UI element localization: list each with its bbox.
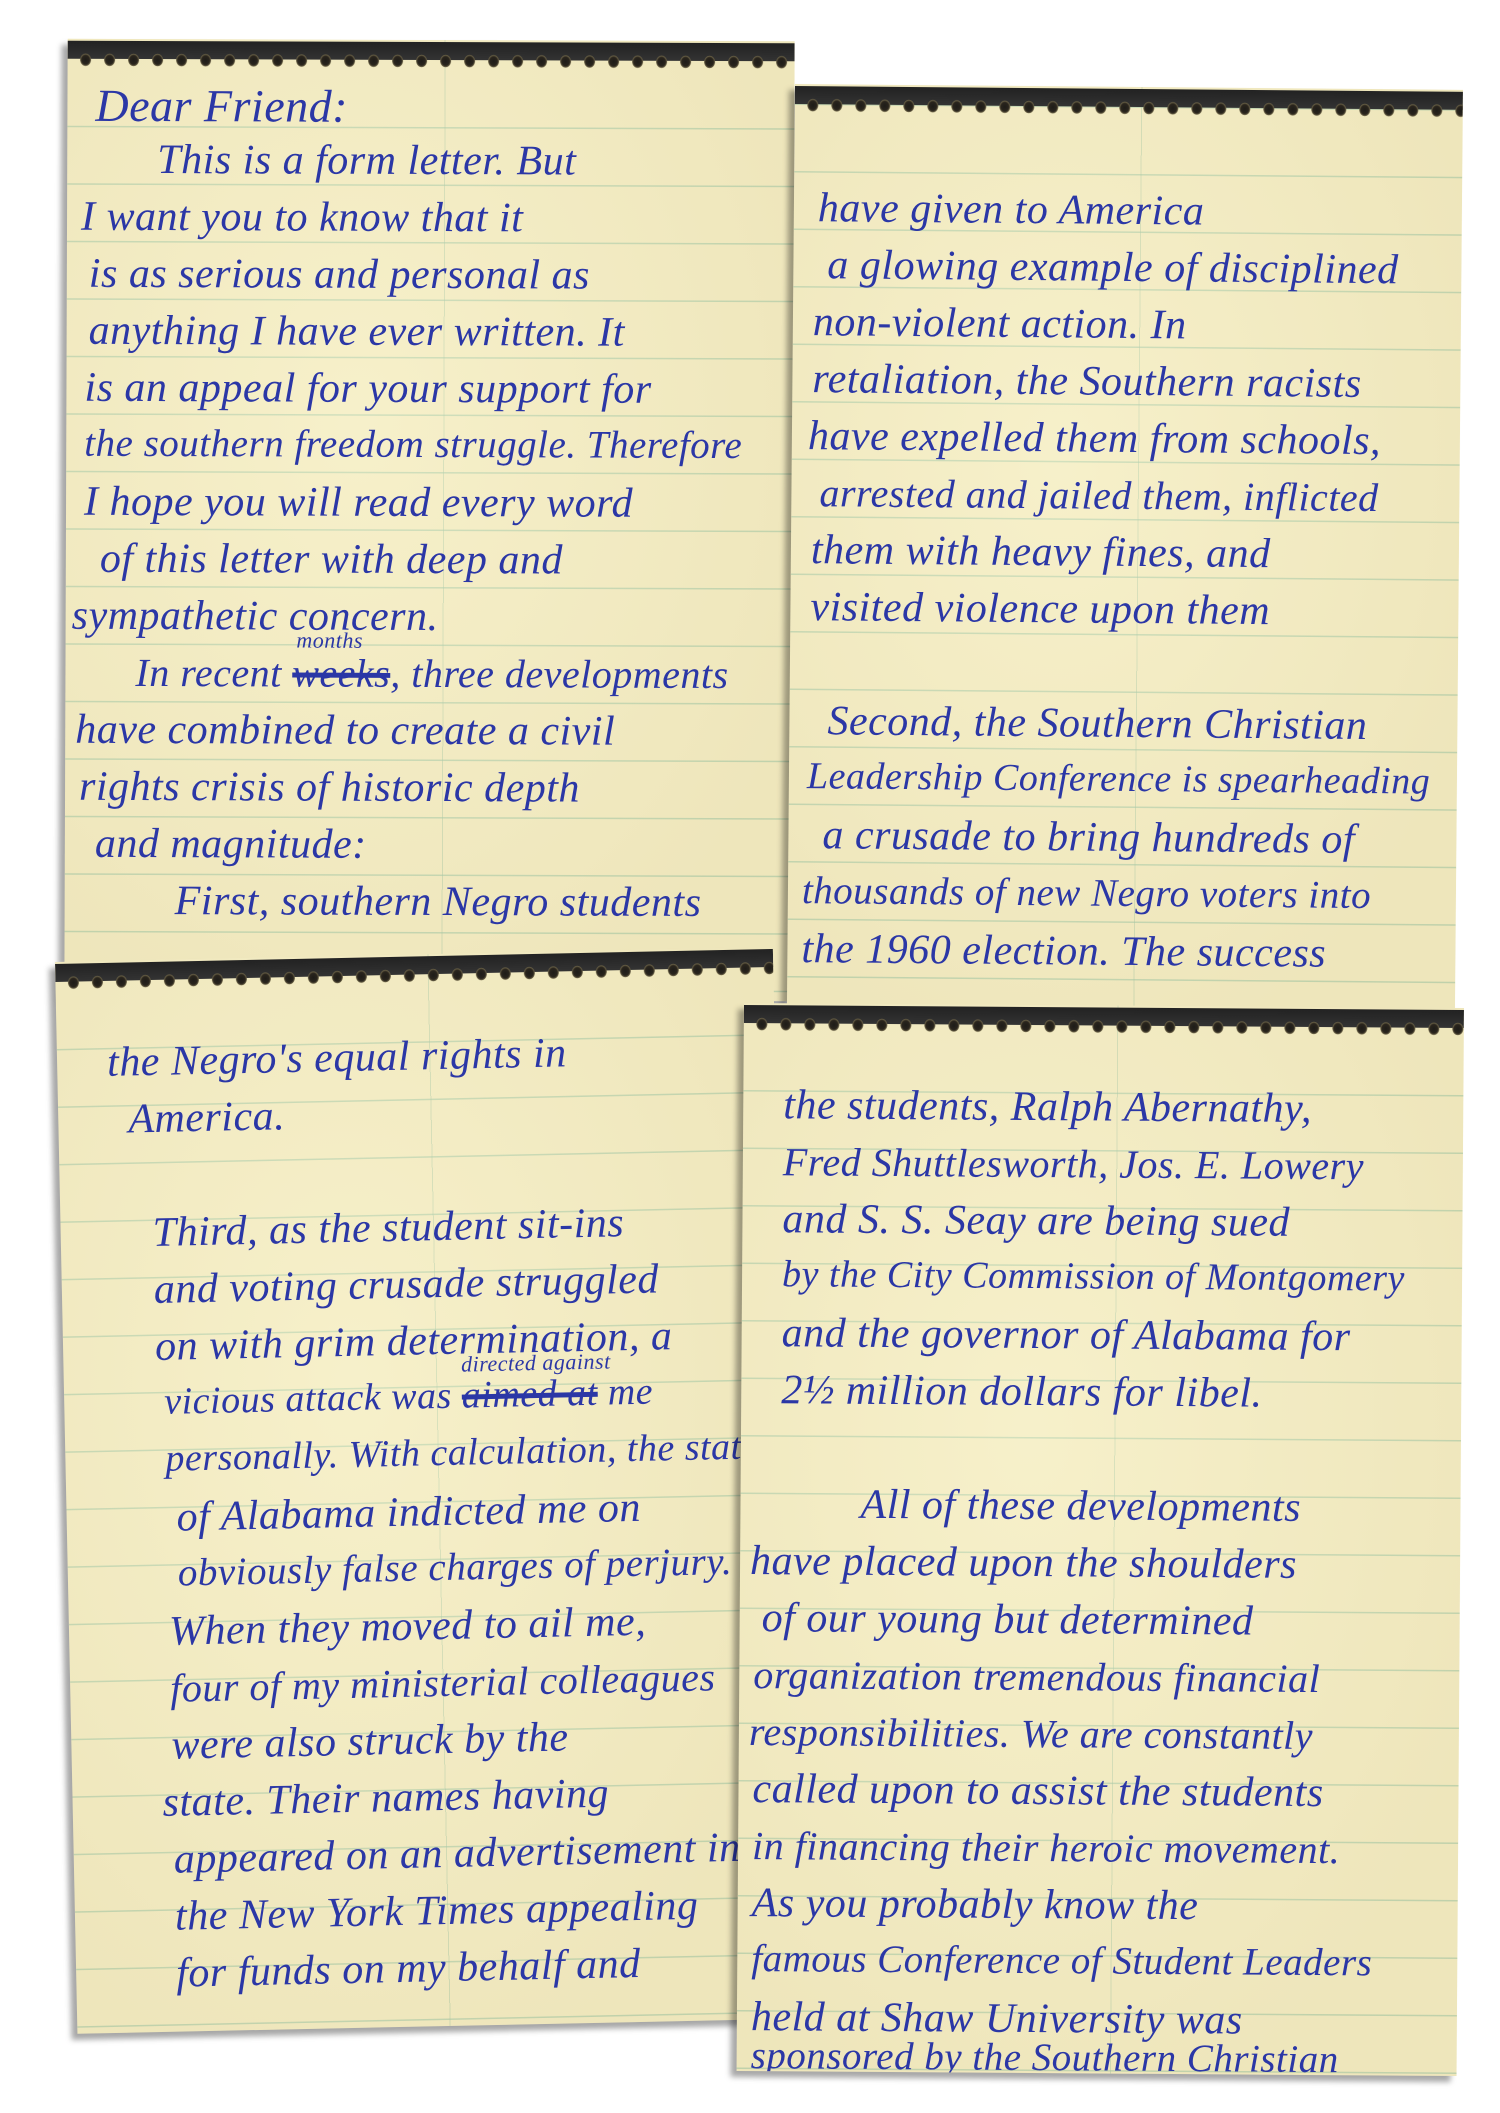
spiral-binding-icon <box>68 39 795 72</box>
text-line: famous Conference of Student Leaders <box>751 1936 1372 1985</box>
text-line: visited violence upon them <box>810 583 1270 635</box>
text-line: is as serious and personal as <box>89 250 590 300</box>
text-line: This is a form letter. But <box>157 136 576 185</box>
text-line: responsibilities. We are constantly <box>749 1708 1313 1759</box>
text-line: have expelled them from schools, <box>808 412 1382 465</box>
text-line: I hope you will read every word <box>84 478 633 528</box>
text-line: by the City Commission of Montgomery <box>782 1252 1405 1300</box>
text-line: of Alabama indicted me on <box>176 1484 641 1542</box>
text-line: Fred Shuttlesworth, Jos. E. Lowery <box>783 1138 1364 1189</box>
text-line: and S. S. Seay are being sued <box>782 1195 1290 1247</box>
text-line: four of my ministerial colleagues <box>170 1653 716 1711</box>
text-line: and voting crusade struggled <box>153 1255 659 1314</box>
text-line: America. <box>128 1092 286 1143</box>
text-line: a glowing example of disciplined <box>827 241 1399 294</box>
text-line: Second, the Southern Christian <box>827 697 1367 750</box>
text-line: 2½ million dollars for libel. <box>781 1366 1263 1417</box>
spiral-binding-icon <box>744 1003 1464 1038</box>
text-line: is an appeal for your support for <box>84 364 651 414</box>
text-line: Third, as the student sit-ins <box>152 1199 624 1257</box>
text-line: All of these developments <box>860 1481 1301 1532</box>
text-line: the students, Ralph Abernathy, <box>783 1081 1312 1133</box>
text-line: I want you to know that it <box>81 193 523 243</box>
spiral-binding-icon <box>795 84 1463 120</box>
notepad-page-3: the Negro's equal rights in America. Thi… <box>55 947 795 2034</box>
text-line: rights crisis of historic depth <box>79 763 580 813</box>
text-line: them with heavy fines, and <box>811 526 1271 578</box>
text-line: organization tremendous financial <box>753 1651 1320 1702</box>
text-line: sympathetic concern. <box>72 592 439 641</box>
text-line: of our young but determined <box>762 1594 1254 1645</box>
text-line: and magnitude: <box>95 820 367 869</box>
text-line: As you probably know the <box>752 1879 1199 1930</box>
text-line: in financing their heroic movement. <box>752 1822 1340 1873</box>
inserted-word: months <box>296 628 363 654</box>
text-line: have placed upon the shoulders <box>750 1537 1297 1589</box>
text-line: a crusade to bring hundreds of <box>822 811 1355 864</box>
text-line: the 1960 election. The success <box>801 925 1326 978</box>
text-line: the Negro's equal rights in <box>107 1029 567 1087</box>
text-line: of this letter with deep and <box>100 535 563 585</box>
text-line: for funds on my behalf and <box>176 1940 641 1998</box>
text-line: were also struck by the <box>171 1713 569 1769</box>
text-line: obviously false charges of perjury. <box>177 1539 732 1596</box>
text-line: non-violent action. In <box>813 298 1187 349</box>
notepad-page-2: have given to America a glowing example … <box>787 84 1463 1020</box>
text-line: called upon to assist the students <box>752 1765 1323 1817</box>
salutation: Dear Friend: <box>95 79 348 133</box>
text-line: appeared on an advertisement in <box>173 1824 741 1884</box>
inserted-words: directed against <box>461 1348 611 1377</box>
text-line: and the governor of Alabama for <box>782 1309 1351 1361</box>
text-line: have given to America <box>818 184 1205 235</box>
text-line: anything I have ever written. It <box>89 307 625 357</box>
text-line: have combined to create a civil <box>75 706 615 756</box>
text-line: state. Their names having <box>162 1770 609 1827</box>
text-line: First, southern Negro students <box>175 877 702 927</box>
struck-word: weeks <box>292 651 390 696</box>
notepad-page-1: Dear Friend: This is a form letter. But … <box>64 39 794 1002</box>
text-line-with-correction: In recent monthsweeks, three development… <box>135 649 728 698</box>
text-line-with-correction: vicious attack was directed againstaimed… <box>164 1370 654 1424</box>
text-line: retaliation, the Southern racists <box>812 355 1362 408</box>
notepad-page-4: the students, Ralph Abernathy, Fred Shut… <box>737 1003 1464 2076</box>
struck-words: aimed at <box>461 1372 598 1417</box>
text-line: the southern freedom struggle. Therefore <box>84 421 742 468</box>
text-line: When they moved to ail me, <box>169 1598 647 1656</box>
text-line: personally. With calculation, the state <box>165 1424 759 1480</box>
text-line: Leadership Conference is spearheading <box>807 754 1431 803</box>
text-line: sponsored by the Southern Christian <box>750 2033 1338 2076</box>
text-line: the New York Times appealing <box>175 1882 699 1941</box>
text-line: arrested and jailed them, inflicted <box>819 469 1379 521</box>
text-line: thousands of new Negro voters into <box>802 868 1372 918</box>
